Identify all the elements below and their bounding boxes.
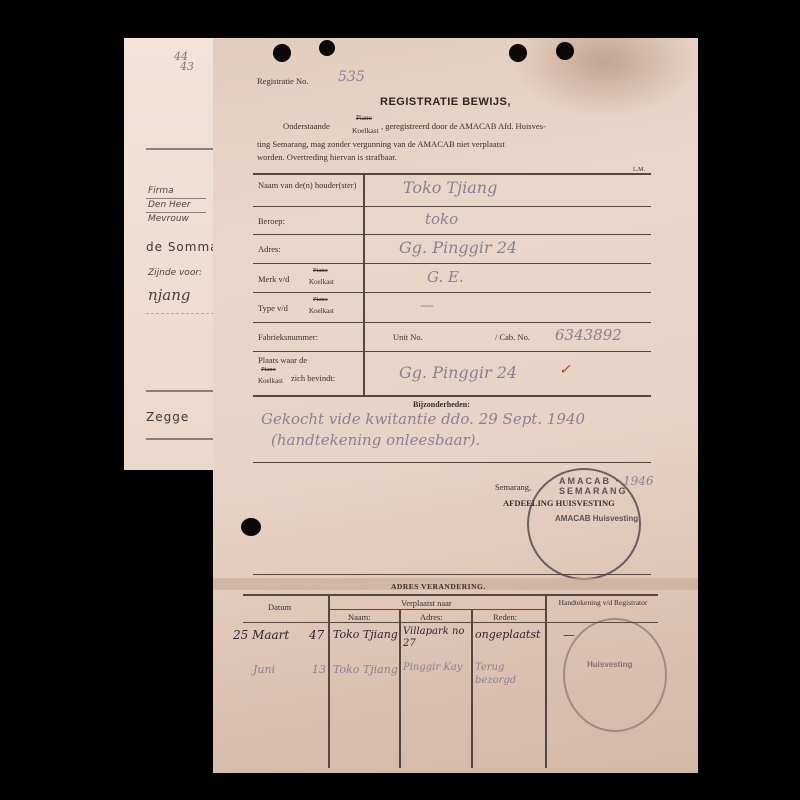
place-label: Semarang, [495,482,531,492]
row2-address: Pinggir Kay [403,661,469,674]
field-label-occupation: Beroep: [258,216,285,226]
row2-date: Juni [253,663,275,676]
field-label-brand: Merk v/d [258,274,289,284]
field-label-location-suffix: zich bevindt: [291,373,335,383]
corner-number: 44 43 [174,52,194,72]
row2-name: Toko Tjiang [333,663,398,676]
handwritten-name: njang [148,286,191,304]
registration-label: Registratie No. [257,76,308,86]
registrar-stamp-text: Huisvesting [587,660,632,669]
table-top-rule [253,173,651,175]
punch-hole [509,44,527,62]
row1-year: 47 [309,628,324,642]
stamp-inner-text: AMACAB Huisvesting [555,514,638,523]
divider [146,212,206,213]
column-header-signature: Handtekening v/d Registrator [558,598,648,608]
remarks-rule [253,462,651,463]
field-label-type: Type v/d [258,303,288,313]
field-label-location-strike: Piano [261,366,276,373]
registration-number: 535 [338,69,365,85]
remarks-line1: Gekocht vide kwitantie ddo. 29 Sept. 194… [261,410,585,428]
column-header-address: Adres: [420,612,443,622]
column-header-date: Datum [268,602,291,612]
label-zijnde-voor: Zijnde voor: [148,268,202,278]
row2-reason: Terug bezorgd [475,661,543,687]
registrar-stamp: Huisvesting [563,618,667,732]
field-value-brand: G. E. [427,268,464,286]
intro-line3: worden. Overtreding hiervan is strafbaar… [257,152,397,162]
address-change-heading: ADRES VERANDERING. [391,582,486,591]
field-label-type-strike: Piano [313,296,328,303]
field-label-cab-no: / Cab. No. [495,332,530,342]
table-column-divider [363,175,365,395]
row-rule [253,351,651,352]
registration-certificate: Registratie No. 535 REGISTRATIE BEWIJS, … [213,38,698,773]
address-table-top-rule [243,594,658,596]
field-value-type: — [420,298,434,314]
intro-strike: Piano [356,114,372,122]
divider [146,198,206,199]
row2-year: 13 [312,663,326,676]
field-label-location: Plaats waar de [258,355,307,365]
field-label-location-object: Koelkast [258,377,283,385]
punch-hole [241,518,261,536]
row-rule [253,263,651,264]
row-rule [253,206,651,207]
column-divider [399,610,401,768]
row1-date: 25 Maart [233,628,289,642]
field-label-type-object: Koelkast [309,307,334,315]
column-divider [471,610,473,768]
red-check-mark: ✓ [559,362,571,378]
signature-rule [253,574,651,575]
table-bottom-rule [253,395,651,397]
field-label-address: Adres: [258,244,281,254]
corner-number-bottom: 43 [180,62,194,72]
form-title: REGISTRATIE BEWIJS, [380,96,511,108]
official-stamp: AMACAB · SEMARANG AMACAB Huisvesting [527,468,641,580]
row-rule [253,322,651,323]
column-header-moved-to: Verplaatst naar [401,598,452,608]
remarks-line2: (handtekening onleesbaar). [271,431,480,449]
row-rule [253,234,651,235]
field-label-serial: Fabrieksnummer: [258,332,318,342]
field-value-address: Gg. Pinggir 24 [399,238,517,257]
paper-stain [513,38,698,118]
field-value-holder: Toko Tjiang [403,178,497,197]
row-rule [253,292,651,293]
row1-reason: ongeplaatst [475,628,540,641]
row1-name: Toko Tjiang [333,628,398,641]
field-label-holder: Naam van de(n) houder(ster) [258,180,358,191]
field-label-brand-object: Koelkast [309,278,334,286]
label-zegge: Zegge [146,410,189,424]
label-mevrouw: Mevrouw [148,214,189,224]
row1-address: Villapark no 27 [403,626,469,650]
column-header-reason: Reden: [493,612,517,622]
label-firma: Firma [148,186,174,196]
field-value-location: Gg. Pinggir 24 [399,363,517,382]
remarks-label: Bijzonderheden: [413,400,470,409]
label-somma: de Somma [146,240,219,254]
intro-object: Koelkast [352,126,379,135]
punch-hole [273,44,291,62]
intro-line1: , geregistreerd door de AMACAB Afd. Huis… [381,121,546,131]
stamp-outer-text: AMACAB · SEMARANG [559,476,639,496]
punch-hole [319,40,335,56]
label-den-heer: Den Heer [148,200,191,210]
field-label-brand-strike: Piano [313,267,328,274]
intro-line2: ting Semarang, mag zonder vergunning van… [257,139,505,149]
punch-hole [556,42,574,60]
field-label-unit-no: Unit No. [393,332,423,342]
subheader-rule [330,609,545,610]
column-header-name: Naam: [348,612,371,622]
field-value-occupation: toko [425,210,458,228]
field-value-cab-no: 6343892 [555,326,622,344]
intro-prefix: Onderstaande [283,121,330,131]
